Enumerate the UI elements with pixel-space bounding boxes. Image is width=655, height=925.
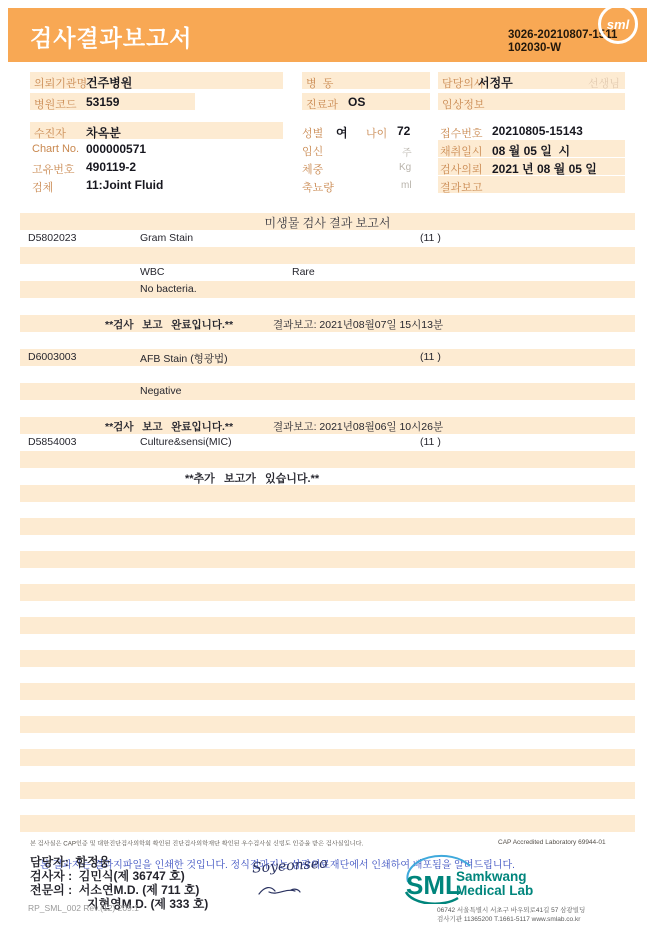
- test-code: D5802023: [28, 232, 76, 244]
- result-row: [20, 332, 635, 349]
- result-row: [20, 451, 635, 468]
- pregnancy-unit: 주: [402, 144, 412, 159]
- clinical-label: 임상정보: [442, 96, 485, 112]
- section-title: 미생물 검사 결과 보고서: [20, 214, 635, 231]
- result-row: **검사 보고 완료입니다.**결과보고: 2021년08월06일 10시26분: [20, 417, 635, 434]
- result-row: [20, 502, 635, 518]
- doctor-suffix: 선생님: [588, 75, 620, 91]
- sml-lab-name: Samkwang Medical Lab: [456, 870, 533, 898]
- sml-lab-name-line1: Samkwang: [456, 870, 533, 884]
- collect-value: 08 월 05 일 시: [492, 142, 570, 159]
- specimen-value: 11:Joint Fluid: [86, 178, 163, 192]
- age-label: 나이: [366, 125, 387, 141]
- result-row: [20, 634, 635, 650]
- dept-label: 진료과: [306, 96, 338, 112]
- complete-message: **검사 보고 완료입니다.**: [105, 419, 233, 434]
- test-code: D5854003: [28, 436, 76, 448]
- test-count: (11 ): [420, 436, 441, 448]
- result-row: [20, 650, 635, 667]
- result-row: [20, 749, 635, 766]
- hospital-code-label: 병원코드: [34, 96, 77, 112]
- result-row: [20, 667, 635, 683]
- signature-scribble-icon: [255, 882, 303, 905]
- result-row: No bacteria.: [20, 281, 635, 298]
- result-row: [20, 247, 635, 264]
- test-count: (11 ): [420, 351, 441, 363]
- org-label: 의뢰기관명: [34, 75, 87, 91]
- result-row: WBCRare: [20, 264, 635, 281]
- request-label: 검사의뢰: [440, 161, 483, 177]
- result-row: [20, 298, 635, 315]
- report-timestamp: 결과보고: 2021년08월06일 10시26분: [273, 419, 443, 434]
- complete-message: **검사 보고 완료입니다.**: [105, 317, 233, 332]
- report-number-line2: 102030-W: [508, 42, 617, 55]
- result-row: [20, 700, 635, 716]
- result-row: [20, 601, 635, 617]
- weight-unit: Kg: [399, 162, 411, 173]
- detail-name: WBC: [140, 266, 165, 278]
- result-row: [20, 683, 635, 700]
- result-row: [20, 584, 635, 601]
- dept-value: OS: [348, 95, 365, 109]
- receipt-label: 접수번호: [440, 125, 483, 141]
- result-row: [20, 400, 635, 417]
- uid-label: 고유번호: [32, 161, 75, 177]
- report-date-label: 결과보고: [440, 179, 483, 195]
- collect-label: 채취일시: [440, 143, 483, 159]
- chart-no-label: Chart No.: [32, 143, 79, 155]
- test-count: (11 ): [420, 232, 441, 244]
- result-row: [20, 766, 635, 782]
- urine-label: 축뇨량: [302, 179, 334, 195]
- pregnancy-label: 임신: [302, 143, 323, 159]
- result-row: 미생물 검사 결과 보고서: [20, 213, 635, 230]
- patient-name-value: 차옥분: [86, 124, 121, 141]
- urine-unit: ml: [401, 180, 412, 191]
- org-value: 건주병원: [86, 74, 132, 91]
- report-timestamp: 결과보고: 2021년08월07일 15시13분: [273, 317, 443, 332]
- result-row: **검사 보고 완료입니다.**결과보고: 2021년08월07일 15시13분: [20, 315, 635, 332]
- test-name: AFB Stain (형광법): [140, 351, 228, 366]
- results-rows: 미생물 검사 결과 보고서D5802023Gram Stain(11 )WBCR…: [20, 213, 635, 832]
- sml-lab-name-line2: Medical Lab: [456, 884, 533, 898]
- ward-label: 병 동: [306, 75, 333, 91]
- detail-name: Negative: [140, 385, 181, 397]
- result-row: [20, 551, 635, 568]
- detail-name: No bacteria.: [140, 283, 197, 295]
- result-row: [20, 518, 635, 535]
- result-row: D5854003Culture&sensi(MIC)(11 ): [20, 434, 635, 451]
- report-header: 검사결과보고서 3026-20210807-1511 102030-W sml: [8, 8, 647, 62]
- result-row: [20, 782, 635, 799]
- doctor-value: 서정무: [478, 74, 513, 91]
- test-name: Culture&sensi(MIC): [140, 436, 232, 448]
- detail-value: Rare: [292, 266, 315, 278]
- sml-circle-logo-icon: sml: [598, 4, 638, 44]
- form-number: RP_SML_002 Rev.(12) 209.1: [28, 903, 139, 913]
- sml-lab-address-line: 06742 서울특별시 서초구 바우뫼로41길 57 삼광빌딩: [437, 906, 585, 915]
- uid-value: 490119-2: [86, 160, 136, 174]
- additional-report-note: **추가 보고가 있습니다.**: [185, 470, 319, 486]
- cap-accreditation-number: CAP Accredited Laboratory 69944-01: [498, 839, 606, 846]
- sml-lab-contact-line: 검사기관 11365200 T.1661-5117 www.smlab.co.k…: [437, 915, 585, 924]
- result-row: [20, 815, 635, 832]
- test-name: Gram Stain: [140, 232, 193, 244]
- patient-name-label: 수진자: [34, 125, 66, 141]
- result-row: D6003003AFB Stain (형광법)(11 ): [20, 349, 635, 366]
- result-row: [20, 568, 635, 584]
- specimen-label: 검체: [32, 179, 53, 195]
- result-row: Negative: [20, 383, 635, 400]
- result-row: [20, 799, 635, 815]
- sex-value: 여: [336, 124, 348, 141]
- result-row: D5802023Gram Stain(11 ): [20, 230, 635, 247]
- page-title: 검사결과보고서: [30, 20, 193, 53]
- svg-text:SML: SML: [406, 870, 461, 900]
- chart-no-value: 000000571: [86, 142, 146, 156]
- sml-lab-address: 06742 서울특별시 서초구 바우뫼로41길 57 삼광빌딩 검사기관 113…: [437, 906, 585, 924]
- result-row: [20, 485, 635, 502]
- lab-report-page: 검사결과보고서 3026-20210807-1511 102030-W sml …: [0, 0, 655, 925]
- result-row: [20, 716, 635, 733]
- age-value: 72: [397, 124, 410, 138]
- weight-label: 체중: [302, 161, 323, 177]
- request-value: 2021 년 08 월 05 일: [492, 160, 597, 177]
- cap-accreditation-line: 본 검사실은 CAP인증 및 대한진단검사의학회 확인된 진단검사의학재단 확인…: [30, 839, 363, 848]
- result-row: **추가 보고가 있습니다.**: [20, 468, 635, 485]
- patient-name-box: [30, 122, 283, 139]
- hospital-code-value: 53159: [86, 95, 119, 109]
- result-row: [20, 535, 635, 551]
- sex-label: 성별: [302, 125, 323, 141]
- result-row: [20, 733, 635, 749]
- receipt-value: 20210805-15143: [492, 124, 583, 138]
- result-row: [20, 617, 635, 634]
- result-row: [20, 366, 635, 383]
- test-code: D6003003: [28, 351, 76, 363]
